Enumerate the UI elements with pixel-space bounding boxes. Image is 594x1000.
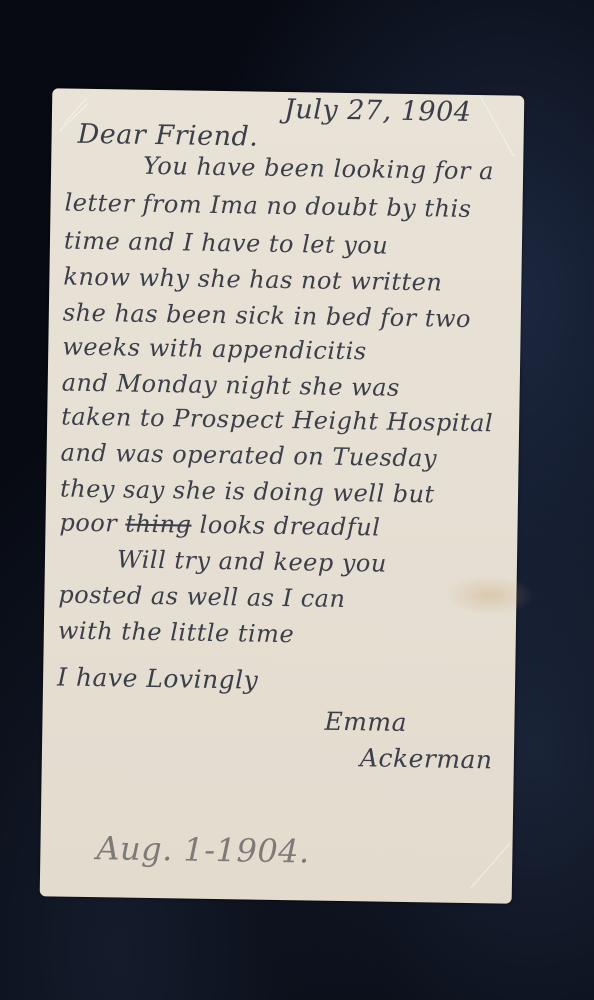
signature-last-name: Ackerman: [360, 743, 493, 774]
body-line-12: Will try and keep you: [117, 545, 387, 577]
body-line-5: she has been sick in bed for two: [63, 299, 472, 333]
body-line-7: and Monday night she was: [62, 369, 401, 402]
body-line-8: taken to Prospect Height Hospital: [61, 403, 493, 438]
salutation: Dear Friend.: [77, 119, 258, 153]
word-poor: poor: [59, 509, 117, 538]
body-line-13: posted as well as I can: [58, 581, 345, 614]
postcard: July 27, 1904 Dear Friend. You have been…: [40, 88, 525, 903]
body-line-14: with the little time: [58, 616, 295, 648]
paper-crease: [479, 95, 514, 157]
pencil-date-note: Aug. 1-1904.: [96, 829, 310, 870]
body-line-4: know why she has not written: [63, 263, 442, 297]
body-line-2: letter from Ima no doubt by this: [64, 189, 471, 223]
body-line-10: they say she is doing well but: [60, 475, 435, 509]
body-line-3: time and I have to let you: [64, 227, 389, 260]
word-looks-dreadful: looks dreadful: [199, 511, 380, 542]
body-line-1: You have been looking for a: [143, 152, 494, 186]
body-line-11: poor thing looks dreadful: [59, 509, 380, 542]
paper-stain: [444, 575, 535, 616]
paper-crease: [470, 843, 510, 889]
body-line-9: and was operated on Tuesday: [60, 439, 437, 473]
struck-word: thing: [125, 510, 192, 539]
closing-line: I have Lovingly: [57, 662, 259, 694]
body-line-6: weeks with appendicitis: [62, 333, 367, 366]
heading-date: July 27, 1904: [284, 94, 472, 128]
signature-first-name: Emma: [324, 707, 407, 737]
